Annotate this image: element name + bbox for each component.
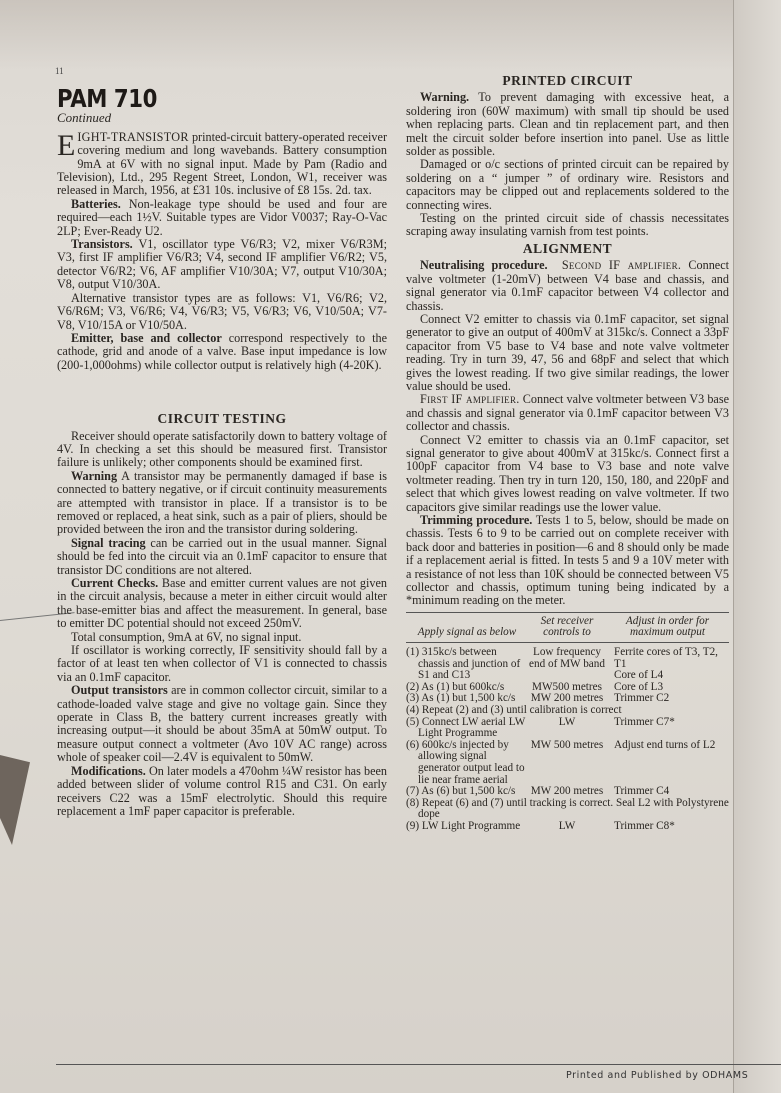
circuit-testing-paragraph: Modifications. On later models a 470ohm … xyxy=(57,765,387,819)
circuit-testing-paragraph: Receiver should operate satisfactorily d… xyxy=(57,430,387,470)
circuit-testing-paragraph: Warning A transistor may be permanently … xyxy=(57,470,387,537)
neutralising-paragraph: Neutralising procedure. Second IF amplif… xyxy=(406,259,729,313)
first-if-label: First IF amplifier. xyxy=(420,392,520,406)
paragraph-text: Alternative transistor types are as foll… xyxy=(57,291,387,332)
alignment-heading: ALIGNMENT xyxy=(406,242,729,255)
circuit-testing-paragraph: Total consumption, 9mA at 6V, no signal … xyxy=(57,631,387,644)
col-header-controls: Set receiver controls to xyxy=(528,616,606,639)
paragraph-text: Testing on the printed circuit side of c… xyxy=(406,211,729,238)
table-cell: Low frequency end of MW band xyxy=(528,647,606,682)
printed-circuit-heading: PRINTED CIRCUIT xyxy=(406,74,729,87)
table-cell: LW xyxy=(528,717,606,740)
table-row: (4) Repeat (2) and (3) until calibration… xyxy=(406,705,729,717)
paragraph-head: Batteries. xyxy=(71,197,121,211)
circuit-testing-paragraph: Current Checks. Base and emitter current… xyxy=(57,577,387,631)
second-if-label: Second IF amplifier. xyxy=(562,258,681,272)
printed-circuit-section: Warning. To prevent damaging with excess… xyxy=(406,91,729,238)
table-cell: Trimmer C7* xyxy=(606,717,729,740)
spec-paragraph: Transistors. V1, oscillator type V6/R3; … xyxy=(57,238,387,292)
col-header-signal: Apply signal as below xyxy=(406,627,528,639)
paragraph-head: Modifications. xyxy=(71,764,146,778)
table-row: (7) As (6) but 1,500 kc/sMW 200 metresTr… xyxy=(406,786,729,798)
circuit-testing-paragraph: If oscillator is working correctly, IF s… xyxy=(57,644,387,684)
circuit-testing-section: Receiver should operate satisfactorily d… xyxy=(57,430,387,819)
table-cell: Ferrite cores of T3, T2, T1 Core of L4 xyxy=(606,647,729,682)
spec-paragraph: Emitter, base and collector correspond r… xyxy=(57,332,387,372)
table-cell: LW xyxy=(528,821,606,833)
footer-rule xyxy=(56,1064,781,1065)
table-row: (5) Connect LW aerial LW Light Programme… xyxy=(406,717,729,740)
trimming-table: Apply signal as below Set receiver contr… xyxy=(406,612,729,833)
page-number: 11 xyxy=(55,66,64,76)
col-header-adjust: Adjust in order for maximum output xyxy=(606,616,729,639)
torn-corner xyxy=(0,755,30,845)
paragraph-head: Output transistors xyxy=(71,683,168,697)
paragraph-head: Warning xyxy=(71,469,117,483)
paragraph-text: If oscillator is working correctly, IF s… xyxy=(57,643,387,684)
paragraph-head: Transistors. xyxy=(71,237,133,251)
neutralising-head: Neutralising procedure. xyxy=(420,258,548,272)
printed-circuit-paragraph: Warning. To prevent damaging with excess… xyxy=(406,91,729,158)
right-column: PRINTED CIRCUIT Warning. To prevent dama… xyxy=(406,74,729,833)
dropcap: E xyxy=(57,133,75,159)
table-cell: (7) As (6) but 1,500 kc/s xyxy=(406,786,528,798)
table-cell: Trimmer C8* xyxy=(606,821,729,833)
paragraph-text: Damaged or o/c sections of printed circu… xyxy=(406,157,729,211)
model-title: PAM 710 xyxy=(57,92,338,105)
paragraph-head: Warning. xyxy=(420,90,469,104)
next-sheet-edge xyxy=(733,0,781,1093)
first-if-paragraph: First IF amplifier. Connect valve voltme… xyxy=(406,393,729,433)
table-cell: Adjust end turns of L2 xyxy=(606,740,729,786)
circuit-testing-paragraph: Output transistors are in common collect… xyxy=(57,684,387,764)
page-shadow xyxy=(0,0,781,70)
table-cell: Trimmer C4 xyxy=(606,786,729,798)
table-cell: (4) Repeat (2) and (3) until calibration… xyxy=(406,705,729,717)
publisher-footer: Printed and Published by ODHAMS xyxy=(566,1070,748,1081)
paragraph-head: Current Checks. xyxy=(71,576,158,590)
table-row: (8) Repeat (6) and (7) until tracking is… xyxy=(406,798,729,821)
left-column: PAM 710 Continued EIGHT-TRANSISTOR print… xyxy=(57,92,387,818)
intro-paragraph: EIGHT-TRANSISTOR printed-circuit battery… xyxy=(57,131,387,198)
table-header: Apply signal as below Set receiver contr… xyxy=(406,613,729,643)
continued-label: Continued xyxy=(57,111,387,124)
scanned-page: 11 PAM 710 Continued EIGHT-TRANSISTOR pr… xyxy=(0,0,781,1093)
circuit-testing-heading: CIRCUIT TESTING xyxy=(57,412,387,425)
alignment-paragraph-4: Connect V2 emitter to chassis via an 0.1… xyxy=(406,434,729,514)
paragraph-head: Signal tracing xyxy=(71,536,146,550)
table-cell: MW 200 metres xyxy=(528,786,606,798)
table-body: (1) 315kc/s between chassis and junction… xyxy=(406,643,729,833)
table-row: (9) LW Light ProgrammeLWTrimmer C8* xyxy=(406,821,729,833)
table-cell: (9) LW Light Programme xyxy=(406,821,528,833)
paragraph-text: Total consumption, 9mA at 6V, no signal … xyxy=(71,630,301,644)
table-cell: (1) 315kc/s between chassis and junction… xyxy=(406,647,528,682)
table-cell: (8) Repeat (6) and (7) until tracking is… xyxy=(406,798,729,821)
table-cell: Trimmer C2 xyxy=(606,693,729,705)
paragraph-text: Receiver should operate satisfactorily d… xyxy=(57,429,387,470)
printed-circuit-paragraph: Testing on the printed circuit side of c… xyxy=(406,212,729,239)
circuit-testing-paragraph: Signal tracing can be carried out in the… xyxy=(57,537,387,577)
table-row: (1) 315kc/s between chassis and junction… xyxy=(406,647,729,682)
alignment-paragraph-2: Connect V2 emitter to chassis via 0.1mF … xyxy=(406,313,729,393)
spec-paragraph: Batteries. Non-leakage type should be us… xyxy=(57,198,387,238)
printed-circuit-paragraph: Damaged or o/c sections of printed circu… xyxy=(406,158,729,212)
trimming-text: Tests 1 to 5, below, should be made on c… xyxy=(406,513,729,607)
trimming-paragraph: Trimming procedure. Tests 1 to 5, below,… xyxy=(406,514,729,608)
table-cell: MW 500 metres xyxy=(528,740,606,786)
table-cell: (6) 600kc/s injected by allowing signal … xyxy=(406,740,528,786)
paragraph-head: Emitter, base and collector xyxy=(71,331,222,345)
intro-lead: IGHT-TRANSISTOR xyxy=(77,130,189,144)
table-row: (6) 600kc/s injected by allowing signal … xyxy=(406,740,729,786)
spec-paragraph: Alternative transistor types are as foll… xyxy=(57,292,387,332)
specs-section: Batteries. Non-leakage type should be us… xyxy=(57,198,387,372)
trimming-head: Trimming procedure. xyxy=(420,513,532,527)
table-cell: (5) Connect LW aerial LW Light Programme xyxy=(406,717,528,740)
